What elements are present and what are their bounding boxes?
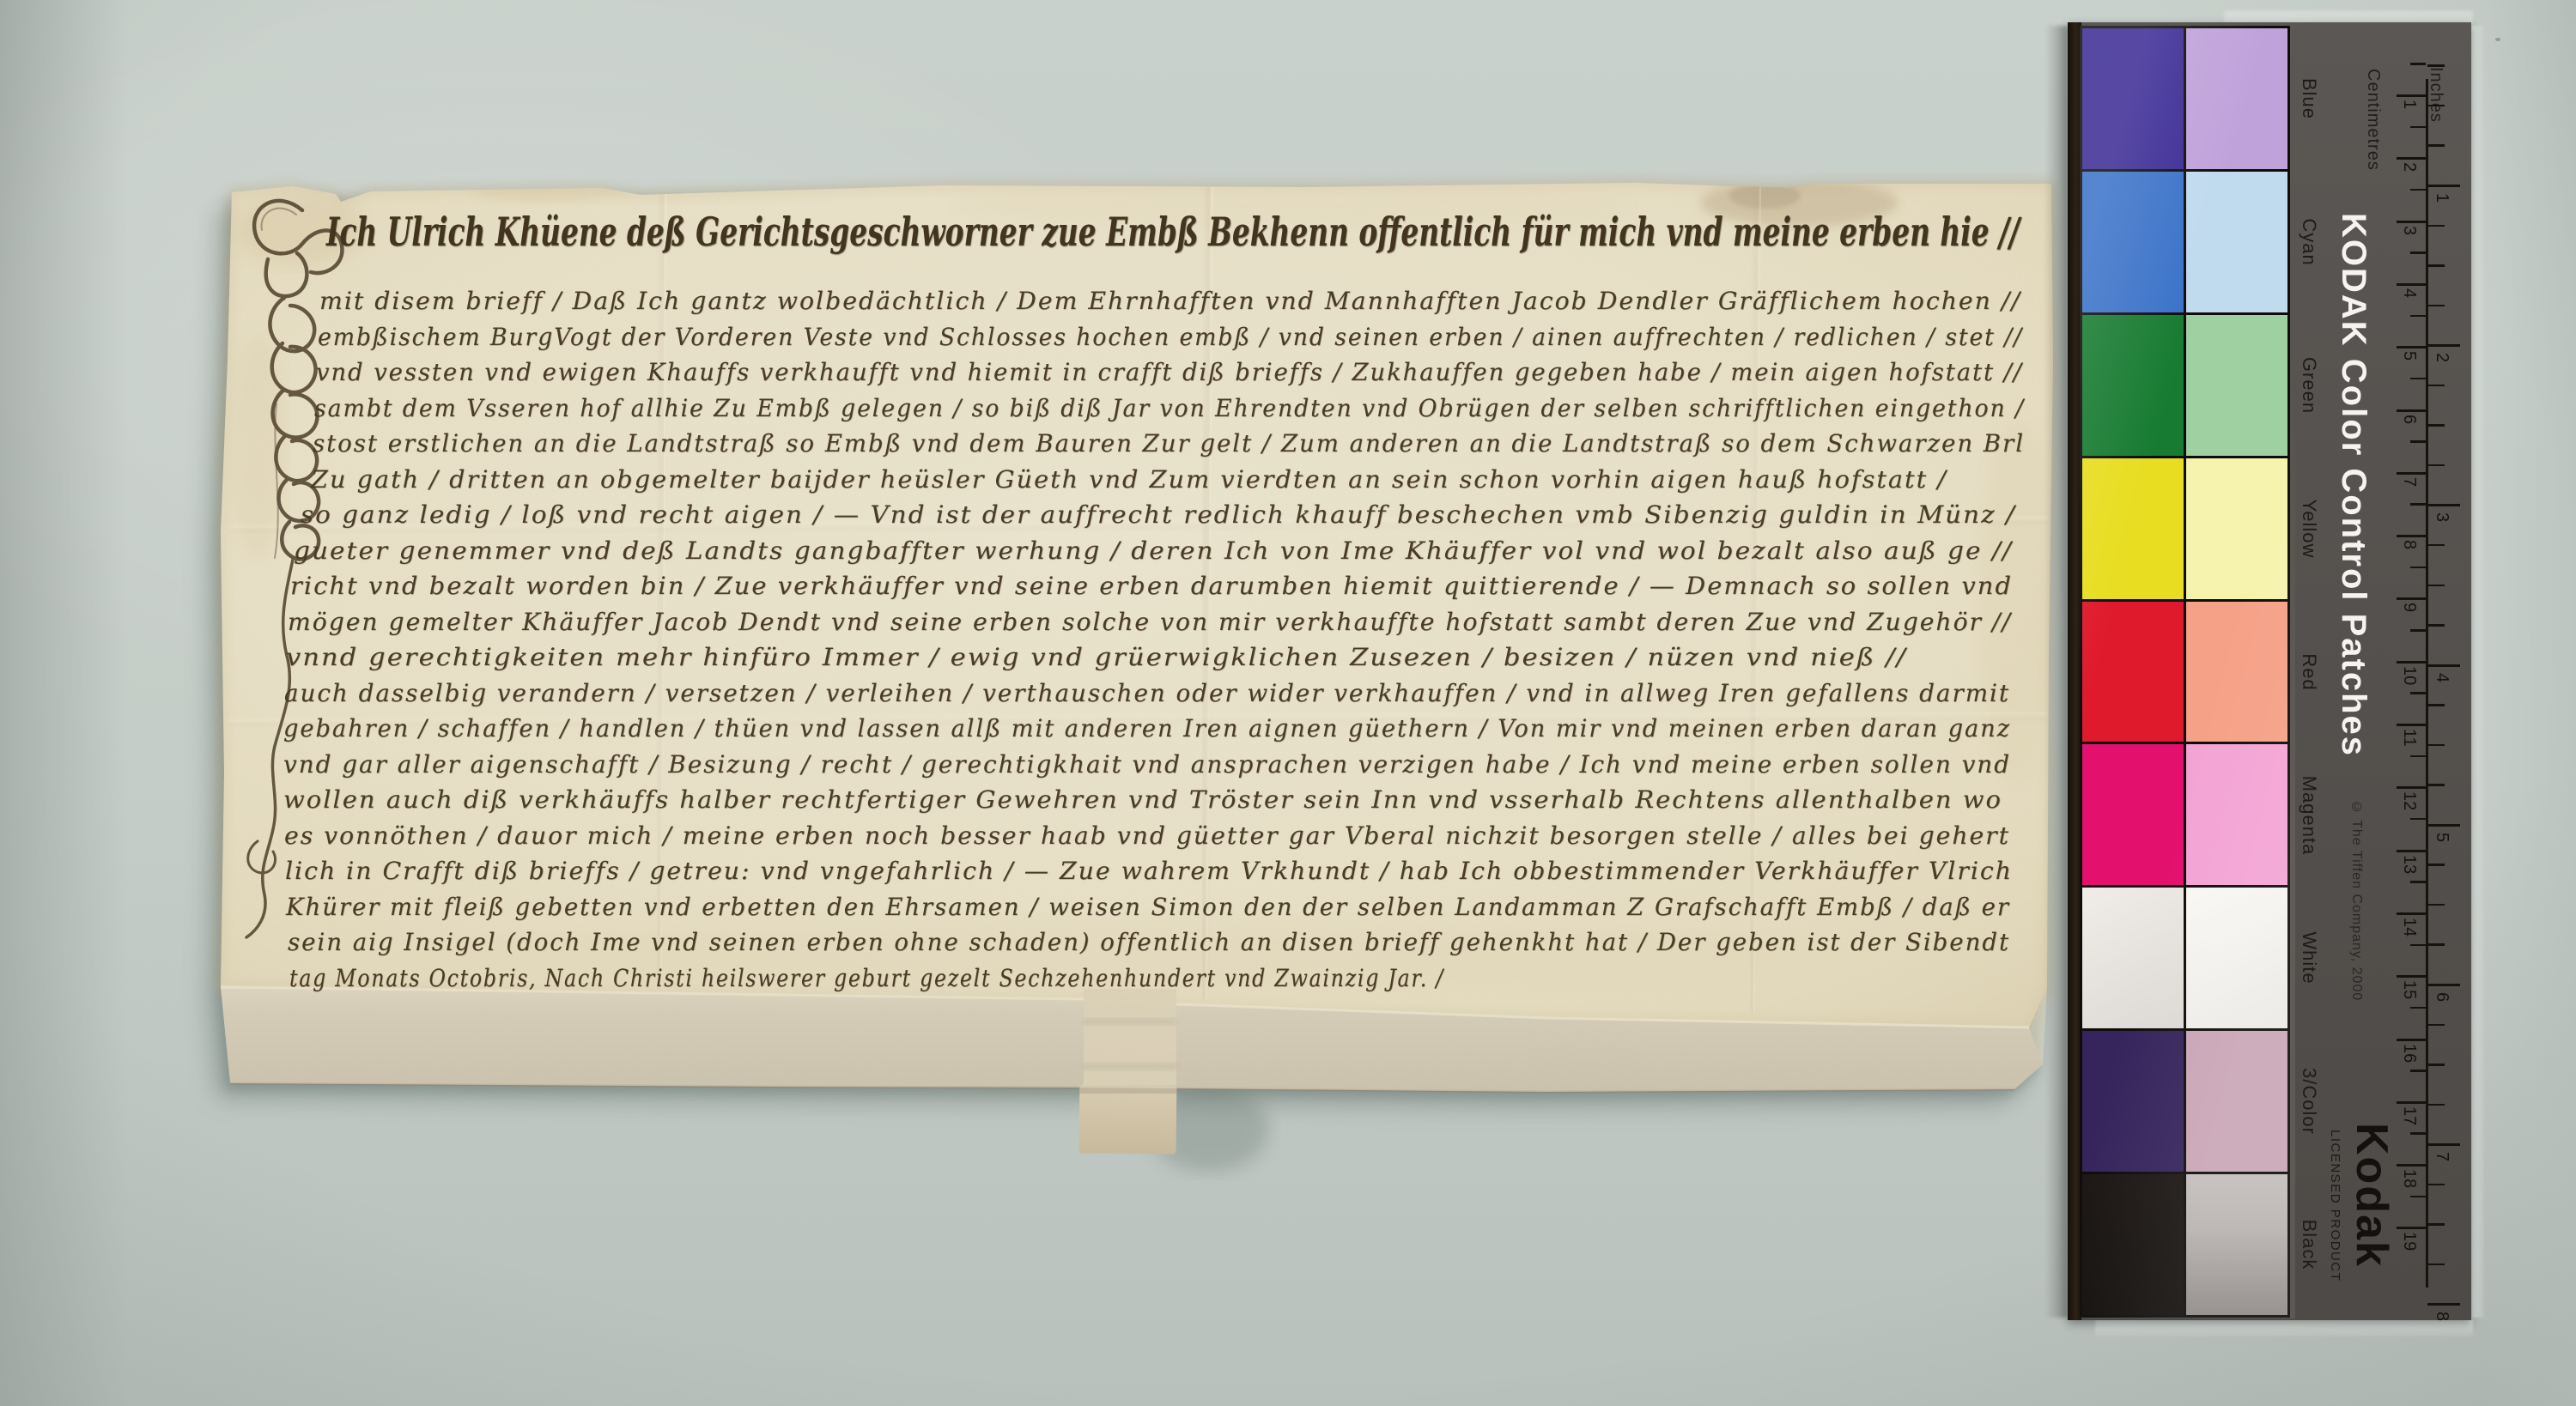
manuscript-line-text: Zu gath / dritten an obgemelter baijder … [311,465,1947,494]
inch-quarter-tick [2427,305,2445,307]
cm-half-tick [2410,63,2426,65]
cm-half-tick [2410,755,2426,758]
centimetres-label: Centimetres [2363,69,2383,171]
cm-number: 16 [2399,1044,2419,1063]
inch-quarter-tick [2427,704,2445,706]
patch-white-saturated [2082,888,2184,1028]
cm-half-tick [2410,567,2426,569]
cm-number: 19 [2399,1232,2419,1251]
manuscript-line: lich in Crafft diß brieffs / getreu: vnd… [285,857,1997,885]
inch-quarter-tick [2427,264,2445,267]
patch-cyan-saturated [2082,172,2184,312]
manuscript-line: Khürer mit fleiß gebetten vnd erbetten d… [286,893,2041,921]
patch-row-label: Red [2298,653,2320,690]
patch-3-color-tint [2186,1031,2287,1172]
patch-green-tint [2186,315,2287,456]
manuscript-line: vnd vessten vnd ewigen Khauffs verkhauff… [316,358,2060,386]
licensed-product-label: LICENSED PRODUCT [2328,1130,2342,1282]
inch-quarter-tick [2427,1184,2445,1186]
cm-ruler-baseline [2426,79,2428,1288]
manuscript-line-text: so ganz ledig / loß vnd recht aigen / — … [301,500,2016,529]
patch-row-label: Magenta [2298,775,2320,855]
cm-tick [2397,975,2426,978]
cm-number: 12 [2399,791,2419,810]
manuscript-line-text: mit disem brieff / Daß Ich gantz wolbedä… [319,287,2021,315]
cm-number: 14 [2399,918,2419,936]
inch-tick [2427,185,2460,187]
cm-number: 6 [2399,415,2419,424]
cm-tick [2397,346,2426,348]
inch-quarter-tick [2427,744,2445,747]
manuscript-line: gueter genemmer vnd deß Landts gangbafft… [294,536,1929,565]
inch-quarter-tick [2427,464,2445,467]
photo-canvas: Ich Ulrich Khüene deß Gerichtsgeschworne… [0,0,2576,1406]
cm-number: 18 [2399,1169,2419,1188]
color-patch-grid [2080,26,2290,1318]
patch-row-label: Cyan [2298,218,2320,265]
inch-quarter-tick [2427,1024,2445,1027]
inch-number: 1 [2432,193,2451,203]
inch-quarter-tick [2427,784,2445,786]
cm-tick [2397,221,2426,223]
manuscript-line: embßischem BurgVogt der Vorderen Veste v… [318,323,2107,351]
cm-tick [2397,1164,2426,1167]
inch-number: 8 [2432,1312,2451,1321]
patch-white-tint [2186,888,2287,1028]
inch-quarter-tick [2427,943,2445,946]
cm-number: 1 [2399,100,2419,109]
manuscript-line-text: Ich Ulrich Khüene deß Gerichtsgeschworne… [326,209,2020,255]
inch-quarter-tick [2427,225,2445,227]
cm-tick [2397,283,2426,286]
manuscript-line-text: auch dasselbig verandern / versetzen / v… [284,679,2010,707]
inch-quarter-tick [2427,1223,2445,1226]
inch-quarter-tick [2427,144,2445,147]
manuscript-line-text: Khürer mit fleiß gebetten vnd erbetten d… [286,893,2010,921]
manuscript-line-text: lich in Crafft diß brieffs / getreu: vnd… [285,857,2013,885]
cm-half-tick [2410,818,2426,821]
cm-number: 9 [2399,603,2419,612]
manuscript-line-text: vnnd gerechtigkeiten mehr hinfüro Immer … [286,643,1907,671]
cm-half-tick [2410,378,2426,380]
cm-tick [2397,535,2426,537]
cm-number: 3 [2399,226,2419,235]
manuscript-line-text: es vonnöthen / dauor mich / meine erben … [284,821,2010,850]
patch-blue-tint [2186,28,2287,169]
cm-tick [2397,409,2426,412]
inch-number: 6 [2432,992,2451,1002]
manuscript-line-text: gueter genemmer vnd deß Landts gangbafft… [294,536,2013,565]
cm-half-tick [2410,189,2426,191]
cm-number: 15 [2399,980,2419,999]
cm-number: 7 [2399,477,2419,487]
cm-tick [2397,786,2426,789]
patch-row-label: Black [2298,1220,2320,1270]
manuscript-line-text: mögen gemelter Khäuffer Jacob Dendt vnd … [288,608,2012,636]
manuscript-line-text: vnd gar aller aigenschafft / Besizung / … [283,750,2011,779]
patch-black-saturated [2082,1174,2184,1315]
manuscript-line: wollen auch diß verkhäuffs halber rechtf… [283,785,1951,814]
patch-3-color-saturated [2082,1031,2184,1172]
patch-black-tint [2186,1174,2287,1315]
patch-yellow-saturated [2082,458,2184,599]
inch-tick [2427,984,2460,986]
manuscript-line: mögen gemelter Khäuffer Jacob Dendt vnd … [288,608,2002,636]
inch-quarter-tick [2427,1064,2445,1066]
inch-quarter-tick [2427,64,2445,67]
inch-quarter-tick [2427,424,2445,427]
inches-label: Inches [2426,67,2445,123]
cm-tick [2397,912,2426,915]
inch-quarter-tick [2427,585,2445,587]
cm-tick [2397,1227,2426,1229]
strip-copyright: © The Tiffen Company, 2000 [2348,800,2364,1001]
manuscript-line: richt vnd bezalt worden bin / Zue verkhä… [290,572,1960,600]
patch-row-label: Blue [2298,78,2320,119]
cm-tick [2397,597,2426,600]
manuscript-line-text: gebahren / schaffen / handlen / thüen vn… [283,714,2011,742]
cm-number: 17 [2399,1106,2419,1125]
cm-half-tick [2410,503,2426,506]
patch-magenta-saturated [2082,744,2184,885]
patch-blue-saturated [2082,28,2184,169]
cm-half-tick [2410,440,2426,443]
patch-yellow-tint [2186,458,2287,599]
cm-number: 8 [2399,540,2419,549]
manuscript-line-text: tag Monats Octobris, Nach Christi heilsw… [289,964,1444,992]
manuscript-line-text: wollen auch diß verkhäuffs halber rechtf… [283,785,2002,814]
manuscript-line-text: vnd vessten vnd ewigen Khauffs verkhauff… [316,358,2023,386]
inch-quarter-tick [2427,105,2445,107]
inch-tick [2427,1143,2460,1146]
cm-tick [2397,724,2426,726]
manuscript-line: mit disem brieff / Daß Ich gantz wolbedä… [319,287,2005,315]
manuscript-line-text: stost erstlichen an die Landtstraß so Em… [313,429,2025,458]
inch-number: 4 [2432,673,2451,682]
manuscript-line: vnd gar aller aigenschafft / Besizung / … [283,750,2022,779]
inch-tick [2427,344,2460,347]
manuscript-line: sein aig Insigel (doch Ime vnd seinen er… [288,928,2036,956]
cm-tick [2397,94,2426,97]
cm-half-tick [2410,252,2426,254]
inch-quarter-tick [2427,544,2445,547]
cm-half-tick [2410,944,2426,947]
cm-number: 11 [2399,729,2419,747]
manuscript-line-text: richt vnd bezalt worden bin / Zue verkhä… [290,572,2013,600]
inch-quarter-tick [2427,864,2445,866]
patch-green-saturated [2082,315,2184,456]
manuscript-line: vnnd gerechtigkeiten mehr hinfüro Immer … [286,643,1781,671]
strip-title: KODAK Color Control Patches [2334,213,2372,757]
manuscript-line: so ganz ledig / loß vnd recht aigen / — … [301,500,1941,529]
patch-row-label: 3/Color [2298,1068,2320,1135]
patch-red-saturated [2082,602,2184,742]
manuscript-line: gebahren / schaffen / handlen / thüen vn… [283,714,2058,742]
inch-quarter-tick [2427,385,2445,387]
inch-number: 7 [2432,1152,2451,1161]
manuscript-line: tag Monats Octobris, Nach Christi heilsw… [289,964,1651,992]
cm-half-tick [2410,126,2426,129]
patch-row-label: White [2298,932,2320,985]
cm-tick [2397,157,2426,160]
kodak-logo: Kodak [2346,1123,2397,1268]
cm-tick [2397,661,2426,664]
cm-tick [2397,850,2426,852]
kodak-color-strip: BlueCyanGreenYellowRedMagentaWhite3/Colo… [2068,22,2471,1320]
cm-half-tick [2410,1070,2426,1072]
cm-half-tick [2410,1007,2426,1009]
patch-magenta-tint [2186,744,2287,885]
cm-half-tick [2410,629,2426,632]
cm-number: 5 [2399,351,2419,361]
cm-tick [2397,472,2426,475]
inch-quarter-tick [2427,904,2445,906]
inch-tick [2427,1303,2460,1306]
patch-cyan-tint [2186,172,2287,312]
inch-number: 5 [2432,833,2451,842]
manuscript-line-text: embßischem BurgVogt der Vorderen Veste v… [318,323,2023,351]
cm-number: 13 [2399,855,2419,874]
inch-tick [2427,824,2460,827]
inch-quarter-tick [2427,1264,2445,1266]
manuscript-line: Zu gath / dritten an obgemelter baijder … [311,465,1911,494]
inch-quarter-tick [2427,1104,2445,1106]
patch-red-tint [2186,602,2287,742]
manuscript-line: auch dasselbig verandern / versetzen / v… [284,679,2026,707]
cm-number: 4 [2399,288,2419,298]
cm-half-tick [2410,1196,2426,1198]
cm-number: 2 [2399,162,2419,172]
manuscript-line-text: sambt dem Vsseren hof allhie Zu Embß gel… [314,394,2025,422]
cm-number: 10 [2399,666,2419,685]
inch-number: 2 [2432,353,2451,362]
cm-tick [2397,1039,2426,1041]
inch-tick [2427,504,2460,506]
inch-number: 3 [2432,512,2451,522]
cm-half-tick [2410,315,2426,318]
cm-half-tick [2410,692,2426,694]
cm-tick [2397,1101,2426,1104]
patch-row-label: Yellow [2298,499,2320,558]
manuscript-line: stost erstlichen an die Landtstraß so Em… [313,429,2050,458]
inch-quarter-tick [2427,624,2445,627]
cm-half-tick [2410,881,2426,883]
inch-tick [2427,664,2460,667]
manuscript-line: sambt dem Vsseren hof allhie Zu Embß gel… [314,394,2106,422]
patch-row-label: Green [2298,357,2320,414]
cm-half-tick [2410,1132,2426,1135]
manuscript-line-text: sein aig Insigel (doch Ime vnd seinen er… [288,928,2010,956]
manuscript-line: es vonnöthen / dauor mich / meine erben … [284,821,1999,850]
